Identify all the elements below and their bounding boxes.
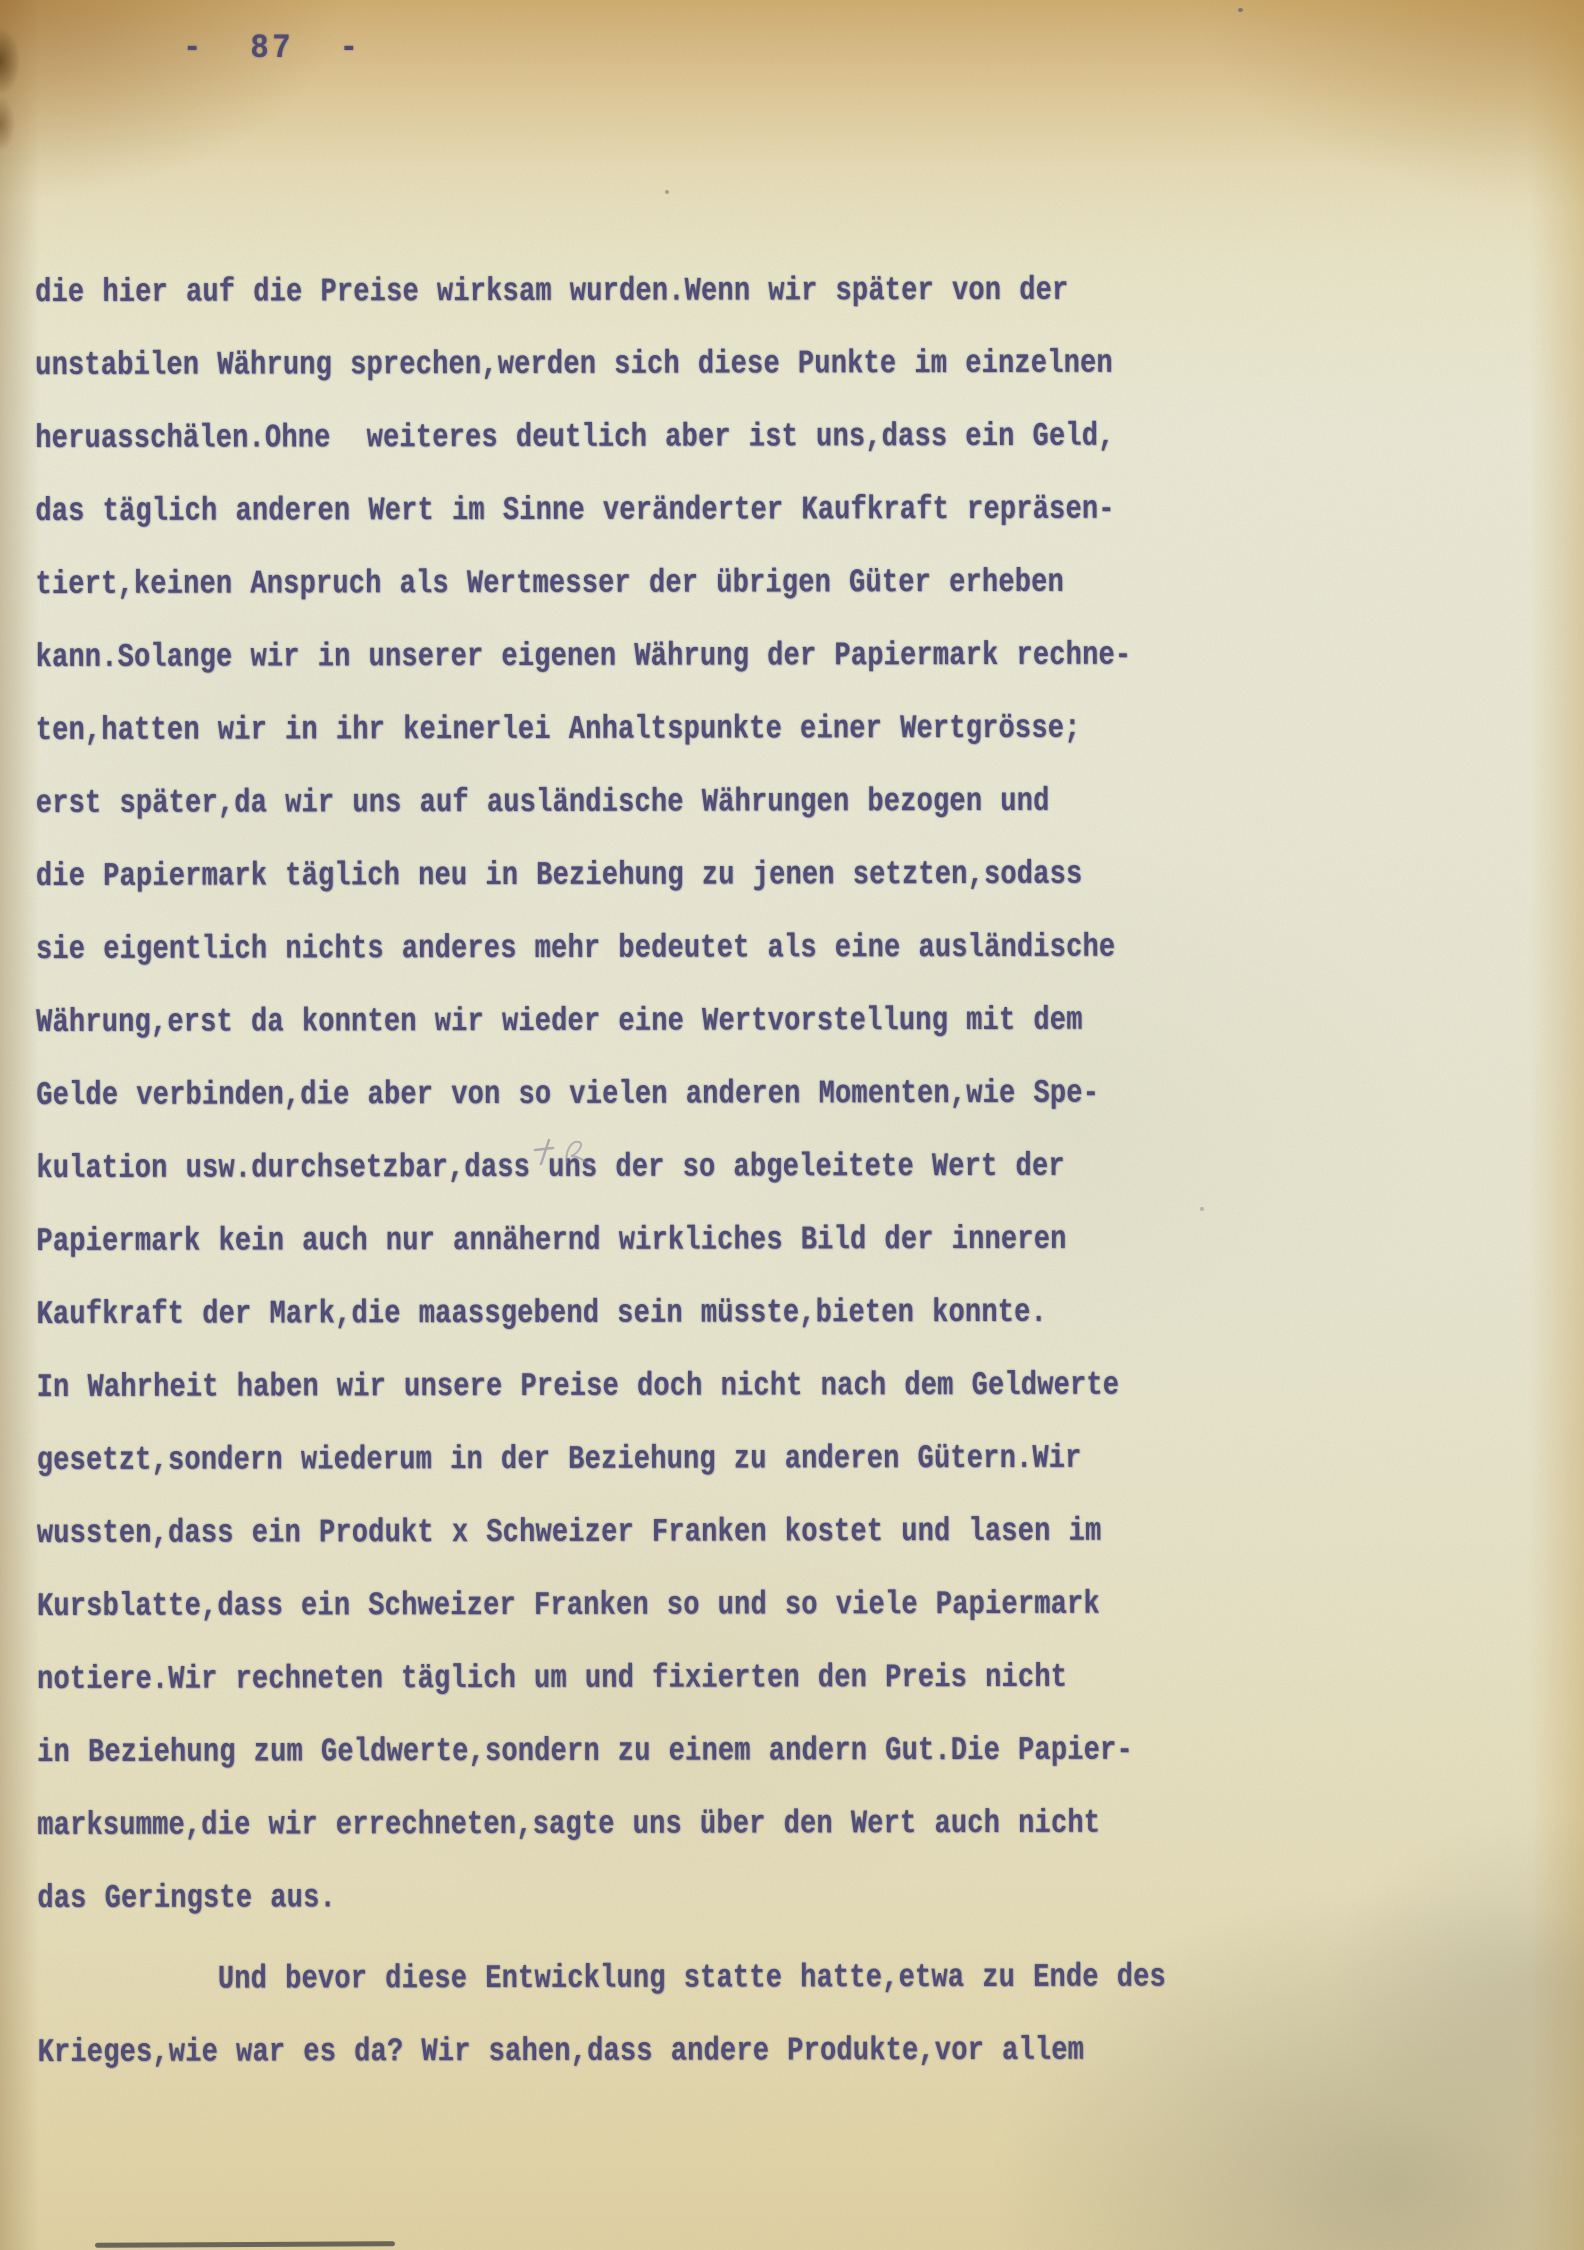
text-line: Und bevor diese Entwicklung statte hatte…	[37, 1940, 1579, 2016]
text-line: heruasschälen.Ohne weiteres deutlich abe…	[35, 399, 1577, 475]
handwritten-correction-mark	[527, 1128, 617, 1178]
text-line: kulation usw.durchsetzbar,dass uns der s…	[36, 1129, 1578, 1205]
text-line: ten,hatten wir in ihr keinerlei Anhaltsp…	[36, 691, 1578, 767]
scan-edge-artifact	[0, 26, 24, 96]
text-line: In Wahrheit haben wir unsere Preise doch…	[37, 1348, 1579, 1424]
text-line: Krieges,wie war es da? Wir sahen,dass an…	[38, 2013, 1580, 2089]
scanned-typescript-page: - 87 - die hier auf die Preise wirksam w…	[0, 0, 1584, 2250]
scan-edge-artifact	[95, 2241, 395, 2248]
text-line: Kaufkraft der Mark,die maassgebend sein …	[36, 1275, 1578, 1351]
text-line: wussten,dass ein Produkt x Schweizer Fra…	[37, 1494, 1579, 1570]
text-line: notiere.Wir rechneten täglich um und fix…	[37, 1640, 1579, 1716]
text-line: tiert,keinen Anspruch als Wertmesser der…	[35, 545, 1577, 621]
ink-speck	[665, 190, 669, 194]
text-line: das Geringste aus.	[37, 1859, 1579, 1935]
text-line: gesetzt,sondern wiederum in der Beziehun…	[37, 1421, 1579, 1497]
scan-edge-artifact	[0, 96, 18, 152]
text-line: Papiermark kein auch nur annähernd wirkl…	[36, 1202, 1578, 1278]
text-line: die Papiermark täglich neu in Beziehung …	[36, 837, 1578, 913]
text-line: Kursblatte,dass ein Schweizer Franken so…	[37, 1567, 1579, 1643]
text-line: die hier auf die Preise wirksam wurden.W…	[35, 253, 1577, 329]
paragraph-2: Und bevor diese Entwicklung statte hatte…	[37, 1940, 1579, 2089]
text-line: unstabilen Währung sprechen,werden sich …	[35, 326, 1577, 402]
page-number: - 87 -	[183, 30, 362, 68]
paragraph-1: die hier auf die Preise wirksam wurden.W…	[35, 253, 1579, 1935]
ink-speck	[1238, 8, 1243, 12]
text-line: sie eigentlich nichts anderes mehr bedeu…	[36, 910, 1578, 986]
text-line: marksumme,die wir errechneten,sagte uns …	[37, 1786, 1579, 1862]
text-line: kann.Solange wir in unserer eigenen Währ…	[36, 618, 1578, 694]
text-line: in Beziehung zum Geldwerte,sondern zu ei…	[37, 1713, 1579, 1789]
text-line: erst später,da wir uns auf ausländische …	[36, 764, 1578, 840]
ink-speck	[1200, 1207, 1204, 1211]
text-line: Währung,erst da konnten wir wieder eine …	[36, 983, 1578, 1059]
text-line: Gelde verbinden,die aber von so vielen a…	[36, 1056, 1578, 1132]
document-text: die hier auf die Preise wirksam wurden.W…	[35, 253, 1579, 2089]
text-line: das täglich anderen Wert im Sinne veränd…	[35, 472, 1577, 548]
